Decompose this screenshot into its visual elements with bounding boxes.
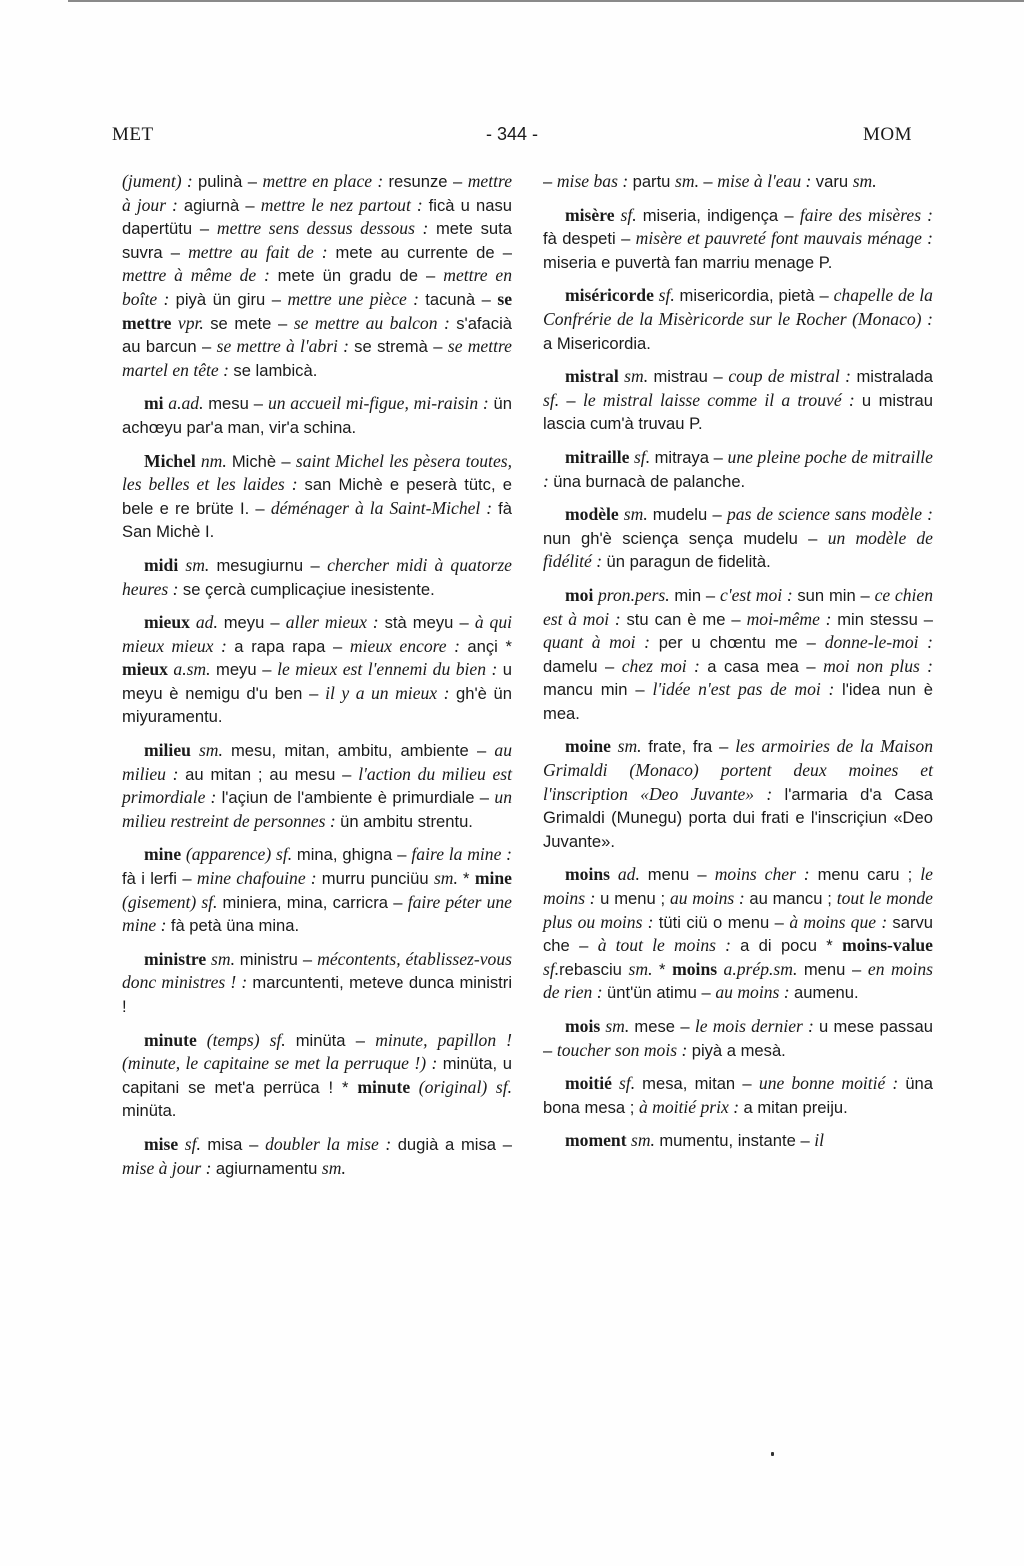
translation-text: tacunà – [425, 290, 497, 309]
italic-phrase: sm. [629, 959, 659, 979]
dictionary-entry: mistral sm. mistrau – coup de mis­tral :… [543, 365, 933, 436]
italic-phrase: au moins : [670, 888, 749, 908]
italic-phrase: faire la mine : [411, 844, 512, 864]
translation-text: mesa, mitan – [642, 1074, 759, 1093]
translation-text: fà i lerfi – [122, 869, 197, 888]
italic-phrase: mettre une pièce : [287, 289, 425, 309]
headword: ministre [144, 949, 211, 969]
translation-text: se lambicà. [233, 361, 317, 380]
running-head: MET - 344 - MOM [112, 124, 912, 150]
translation-text: mese – [634, 1017, 694, 1036]
translation-text: ançi * [467, 637, 512, 656]
italic-phrase: moi-même : [747, 609, 838, 629]
headword: mistral [565, 366, 624, 386]
italic-phrase: faire des misères : [800, 205, 933, 225]
translation-text: meyu – [224, 613, 286, 632]
dictionary-entry: mi a.ad. mesu – un accueil mi-figue, mi-… [122, 392, 512, 439]
headword: minute [144, 1030, 207, 1050]
italic-phrase: sf. [621, 205, 643, 225]
italic-phrase: (temps) sf. [207, 1030, 296, 1050]
italic-phrase: se mettre à l'abri : [217, 336, 355, 356]
dictionary-entry: moins ad. menu – moins cher : menu caru … [543, 863, 933, 1005]
italic-phrase: sm. [211, 949, 240, 969]
headword: mine [475, 868, 512, 888]
dictionary-entry: moitié sf. mesa, mitan – une bonne moiti… [543, 1072, 933, 1119]
italic-phrase: à moins que : [789, 912, 892, 932]
translation-text: tüti ciü o menu – [659, 913, 790, 932]
guide-word-first: MET [112, 124, 154, 146]
headword: mieux [144, 612, 196, 632]
italic-phrase: sm. [853, 171, 877, 191]
translation-text: agiurnamentu [216, 1159, 322, 1178]
translation-text: piyà ün giru – [176, 290, 288, 309]
translation-text: minüta – [296, 1031, 375, 1050]
translation-text: per u chœntu me – [659, 633, 825, 652]
italic-phrase: sm. [624, 504, 653, 524]
italic-phrase: sf. [543, 959, 559, 979]
translation-text: aumenu. [794, 983, 859, 1002]
translation-text: mancu min – [543, 680, 653, 699]
page-number: - 344 - [442, 124, 582, 145]
dictionary-entry: milieu sm. mesu, mitan, ambitu, am­bient… [122, 739, 512, 833]
headword: modèle [565, 504, 624, 524]
scan-speck [771, 1452, 774, 1456]
headword: mine [144, 844, 186, 864]
italic-phrase: l'idée n'est pas de moi : [653, 679, 843, 699]
translation-text: menu – [804, 960, 868, 979]
italic-phrase: se mettre au balcon : [294, 313, 456, 333]
dictionary-column-left: (jument) : pulinà – mettre en place : re… [122, 170, 512, 1190]
italic-phrase: un accueil mi-figue, mi-raisin : [268, 393, 494, 413]
translation-text: mesu – [208, 394, 268, 413]
translation-text: minüta. [122, 1101, 176, 1120]
translation-text: * [463, 869, 475, 888]
translation-text: mesu, mitan, ambitu, am­biente – [231, 741, 494, 760]
translation-text: a Mise­ricordia. [543, 334, 651, 353]
translation-text: partu [633, 172, 675, 191]
headword: moins-value [842, 935, 933, 955]
translation-text: au mancu ; [749, 889, 836, 908]
italic-phrase: mettre au fait de : [188, 242, 335, 262]
italic-phrase: mise à jour : [122, 1158, 216, 1178]
translation-text: mesugiurnu – [216, 556, 327, 575]
italic-phrase: sm. [185, 555, 216, 575]
italic-phrase: une bonne moitié : [759, 1073, 905, 1093]
italic-phrase: pas de science sans modèle : [727, 504, 933, 524]
translation-text: se stremà – [354, 337, 448, 356]
italic-phrase: a.ad. [168, 393, 208, 413]
italic-phrase: sm. [199, 740, 231, 760]
headword: mois [565, 1016, 605, 1036]
translation-text: mete au currente de – [336, 243, 512, 262]
italic-phrase: quant à moi : [543, 632, 659, 652]
translation-text: üna burnacà de palan­che. [553, 472, 745, 491]
dictionary-entry: mine (apparence) sf. mina, ghigna – fair… [122, 843, 512, 937]
headword: moi [565, 585, 598, 605]
headword: moins [565, 864, 618, 884]
translation-text: mete ün gradu de – [278, 266, 444, 285]
entry-continuation: (jument) : pulinà – mettre en place : re… [122, 170, 512, 382]
italic-phrase: vpr. [178, 313, 210, 333]
dictionary-entry: midi sm. mesugiurnu – chercher midi à qu… [122, 554, 512, 601]
translation-text: sun min – [797, 586, 874, 605]
italic-phrase: sm. [631, 1130, 659, 1150]
headword: misère [565, 205, 621, 225]
translation-text: ün paragun de fidelità. [607, 552, 771, 571]
translation-text: min stessu – [837, 610, 933, 629]
italic-phrase: sm. [618, 736, 649, 756]
italic-phrase: (apparence) sf. [186, 844, 297, 864]
translation-text: stu can è me – [627, 610, 747, 629]
translation-text: ministru – [240, 950, 317, 969]
headword: minute [357, 1077, 418, 1097]
headword: moine [565, 736, 618, 756]
page-top-edge [68, 0, 1024, 2]
translation-text: mumentu, instante – [659, 1131, 814, 1150]
translation-text: mina, ghigna – [297, 845, 412, 864]
italic-phrase: le mois dernier : [695, 1016, 819, 1036]
translation-text: ünt'ün atimu – [607, 983, 715, 1002]
italic-phrase: sm. [322, 1158, 346, 1178]
translation-text: mudelu – [653, 505, 727, 524]
italic-phrase: sf. [543, 390, 566, 410]
translation-text: se çercà cumplica­çiue inesistente. [183, 580, 435, 599]
translation-text: mistralada [856, 367, 933, 386]
dictionary-entry: moment sm. mumentu, instante – il [543, 1129, 933, 1153]
dictionary-entry: Michel nm. Michè – saint Michel les pèse… [122, 450, 512, 544]
translation-text: misericordia, pietà – [680, 286, 834, 305]
guide-word-last: MOM [863, 124, 912, 146]
headword: mieux [122, 659, 173, 679]
translation-text: min – [674, 586, 720, 605]
translation-text: frate, fra – [648, 737, 735, 756]
translation-text: l'açiun de l'ambiente è primurdiale – [222, 788, 495, 807]
translation-text: a casa mea – [707, 657, 823, 676]
translation-text: a di pocu * [740, 936, 842, 955]
translation-text: se mete – [210, 314, 294, 333]
italic-phrase: mieux encore : [350, 636, 468, 656]
translation-text: miniera, mina, carricra – [223, 893, 408, 912]
italic-phrase: au moins : [715, 982, 794, 1002]
translation-text: a rapa rapa – [234, 637, 350, 656]
italic-phrase: moi non plus : [823, 656, 933, 676]
italic-phrase: ad. [196, 612, 224, 632]
headword: mise [144, 1134, 185, 1154]
italic-phrase: sf. [634, 447, 655, 467]
italic-phrase: ad. [618, 864, 648, 884]
italic-phrase: à moitié prix : [639, 1097, 744, 1117]
dictionary-entry: misère sf. miseria, indigença – faire de… [543, 204, 933, 275]
headword: midi [144, 555, 185, 575]
dictionary-entry: mois sm. mese – le mois dernier : u mese… [543, 1015, 933, 1062]
translation-text: resunze – [388, 172, 467, 191]
italic-phrase: (original) sf. [419, 1077, 512, 1097]
translation-text: Michè – [232, 452, 296, 471]
translation-text: * [659, 960, 672, 979]
translation-text: stà meyu – [385, 613, 475, 632]
italic-phrase: aller mieux : [286, 612, 385, 632]
translation-text: miseria, indigença – [643, 206, 800, 225]
headword: miséricorde [565, 285, 659, 305]
translation-text: fà despeti – [543, 229, 636, 248]
italic-phrase: a.prép.sm. [724, 959, 804, 979]
italic-phrase: sf. [659, 285, 680, 305]
translation-text: u menu ; [600, 889, 670, 908]
translation-text: damelu – [543, 657, 622, 676]
dictionary-entry: moine sm. frate, fra – les armoiries de … [543, 735, 933, 853]
italic-phrase: mine chafoui­ne : [197, 868, 322, 888]
italic-phrase: doubler la mise : [265, 1134, 398, 1154]
italic-phrase: déménager à la Saint-Michel : [271, 498, 498, 518]
italic-phrase: toucher son mois : [557, 1040, 692, 1060]
dictionary-entry: miséricorde sf. misericordia, pietà – ch… [543, 284, 933, 355]
dictionary-entry: moi pron.pers. min – c'est moi : sun min… [543, 584, 933, 726]
italic-phrase: sm. [675, 171, 703, 191]
translation-text: ün ambitu strentu. [340, 812, 473, 831]
italic-phrase: nm. [201, 451, 232, 471]
italic-phrase: (jument) : [122, 171, 198, 191]
italic-phrase: le mieux est l'ennemi du bien : [277, 659, 503, 679]
translation-text: pulinà – [198, 172, 263, 191]
italic-phrase: sf. [619, 1073, 642, 1093]
dictionary-entry: modèle sm. mudelu – pas de science sans … [543, 503, 933, 574]
italic-phrase: moins cher : [715, 864, 818, 884]
italic-phrase: (gise­ment) sf. [122, 892, 223, 912]
italic-phrase: sm. [434, 868, 463, 888]
dictionary-entry: ministre sm. ministru – mécontents, étab… [122, 948, 512, 1019]
italic-phrase: mettre sens dessus dessous : [217, 218, 436, 238]
italic-phrase: misère et pauvreté font mauvais ménage : [636, 228, 933, 248]
italic-phrase: mettre en place : [263, 171, 389, 191]
italic-phrase: coup de mis­tral : [728, 366, 856, 386]
headword: moment [565, 1130, 631, 1150]
italic-phrase: chez moi : [622, 656, 707, 676]
translation-text: – [566, 391, 583, 410]
dictionary-column-right: – mise bas : partu sm. – mise à l'eau : … [543, 170, 933, 1163]
translation-text: – [703, 172, 717, 191]
italic-phrase: à tout le moins : [598, 935, 740, 955]
headword: Michel [144, 451, 201, 471]
italic-phrase: sm. [624, 366, 653, 386]
translation-text: menu caru ; [818, 865, 921, 884]
italic-phrase: sf. [185, 1134, 208, 1154]
translation-text: dugià a misa – [398, 1135, 512, 1154]
italic-phrase: il [814, 1130, 824, 1150]
translation-text: mitraya – [655, 448, 728, 467]
translation-text: nun gh'è sciença sença mudelu – [543, 529, 828, 548]
translation-text: mistrau – [653, 367, 728, 386]
translation-text: au mitan ; au mesu – [185, 765, 358, 784]
dictionary-entry: mieux ad. meyu – aller mieux : stà meyu … [122, 611, 512, 729]
translation-text: agiurnà – [184, 196, 261, 215]
translation-text: a mitan preiju. [744, 1098, 848, 1117]
headword: mitraille [565, 447, 634, 467]
translation-text: misa – [207, 1135, 265, 1154]
entry-continuation: – mise bas : partu sm. – mise à l'eau : … [543, 170, 933, 194]
italic-phrase: donne-le-moi : [825, 632, 933, 652]
headword: milieu [144, 740, 199, 760]
headword: moins [672, 959, 723, 979]
translation-text: piyà a mesà. [692, 1041, 786, 1060]
translation-text: meyu – [216, 660, 277, 679]
italic-phrase: a.sm. [173, 659, 216, 679]
translation-text: miseria e puvertà fan marriu menage P. [543, 253, 832, 272]
headword: moitié [565, 1073, 619, 1093]
italic-phrase: mise à l'eau : [717, 171, 816, 191]
translation-text: – [543, 172, 557, 191]
italic-phrase: sm. [605, 1016, 634, 1036]
italic-phrase: il y a un mieux : [325, 683, 456, 703]
italic-phrase: mettre le nez partout : [261, 195, 429, 215]
dictionary-entry: minute (temps) sf. minüta – minute, papi… [122, 1029, 512, 1123]
italic-phrase: pron.pers. [598, 585, 674, 605]
headword: mi [144, 393, 168, 413]
dictionary-entry: mise sf. misa – doubler la mise : dugià … [122, 1133, 512, 1180]
translation-text: menu – [648, 865, 715, 884]
italic-phrase: c'est moi : [720, 585, 797, 605]
dictionary-entry: mitraille sf. mitraya – une pleine po­ch… [543, 446, 933, 493]
italic-phrase: mise bas : [557, 171, 633, 191]
italic-phrase: le mistral laisse comme il a trouvé : [583, 390, 862, 410]
translation-text: varu [816, 172, 853, 191]
italic-phrase: mettre à même de : [122, 265, 278, 285]
translation-text: murru punciüu [322, 869, 434, 888]
translation-text: fà petà üna mina. [171, 916, 299, 935]
translation-text: rebasciu [559, 960, 628, 979]
